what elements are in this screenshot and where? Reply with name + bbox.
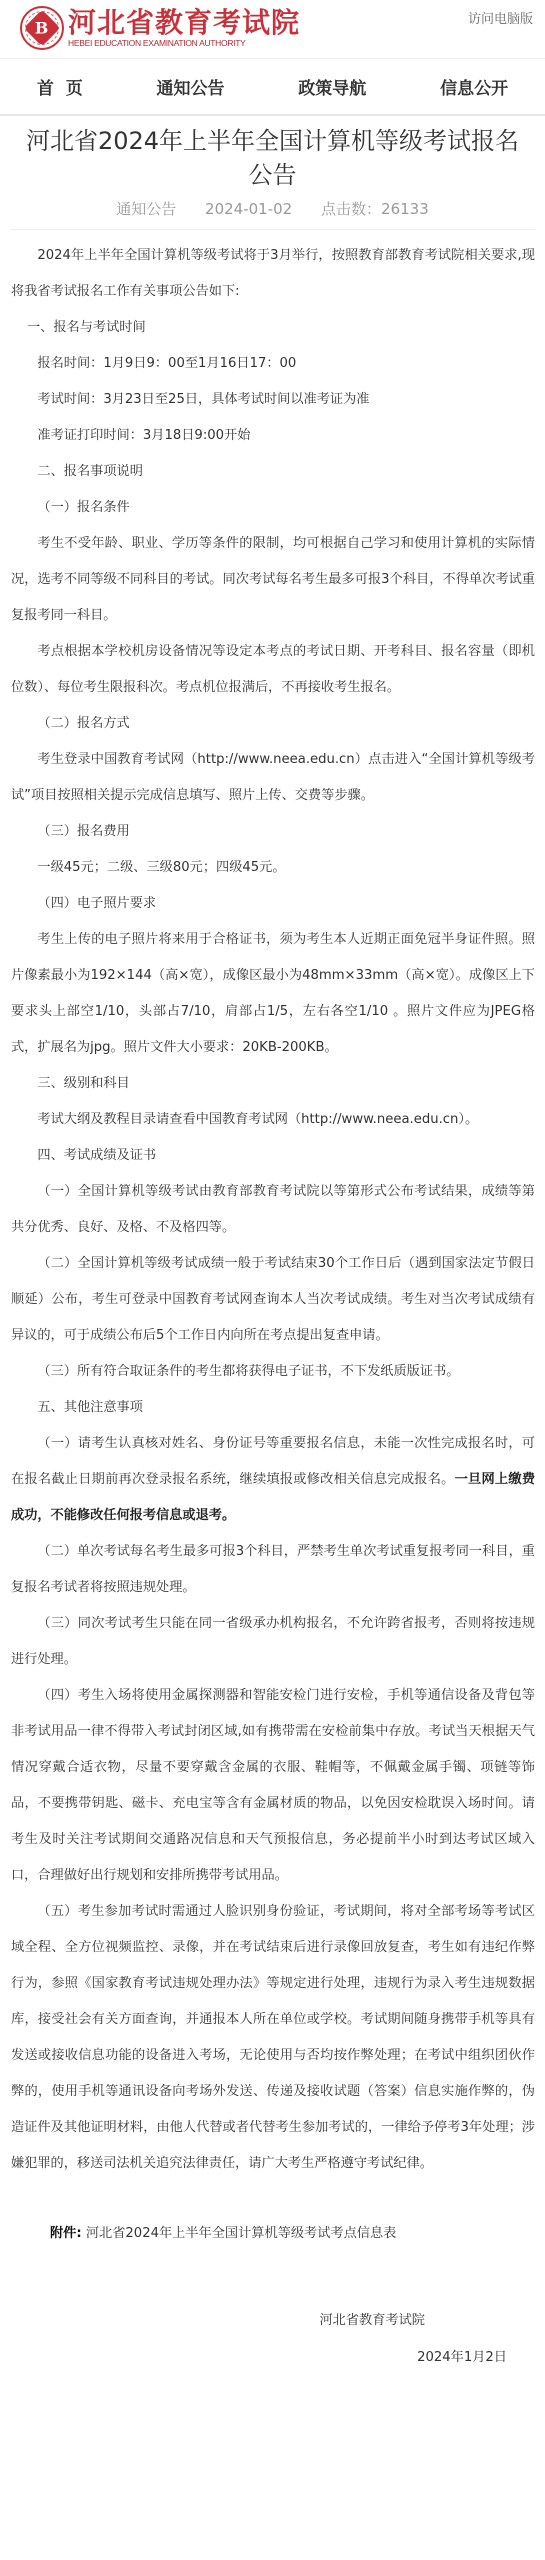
- article-clicks: 点击数：26133: [321, 200, 429, 218]
- site-header: B 河北省教育考试院 HEBEI EDUCATION EXAMINATION A…: [0, 0, 545, 58]
- paragraph: （三）同次考试考生只能在同一省级承办机构报名，不允许跨省报考，否则将按违规进行处…: [11, 1606, 535, 1678]
- attachment-link[interactable]: 河北省2024年上半年全国计算机等级考试考点信息表: [86, 2226, 397, 2241]
- nav-item-home[interactable]: 首 页: [31, 74, 89, 99]
- signature-date: 2024年1月2日: [0, 2346, 545, 2395]
- paragraph: （一）全国计算机等级考试由教育部教育考试院以等第形式公布考试结果，成绩等第共分优…: [11, 1174, 535, 1246]
- article-date: 2024-01-02: [205, 200, 292, 218]
- section-heading: 一、报名与考试时间: [11, 310, 535, 346]
- photo-requirements: 考生上传的电子照片将来用于合格证书，须为考生本人近期正面免冠半身证件照。照片像素…: [11, 922, 535, 1066]
- paragraph: （五）考生参加考试时需通过人脸识别身份验证，考试期间，将对全部考场等考试区域全程…: [11, 1894, 535, 2182]
- article-category: 通知公告: [116, 200, 176, 218]
- admission-print-time: 准考证打印时间：3月18日9:00开始: [11, 418, 535, 454]
- paragraph: 考试大纲及教程目录请查看中国教育考试网（http://www.neea.edu.…: [11, 1102, 535, 1138]
- logo-title: 河北省教育考试院: [68, 8, 300, 38]
- paragraph: （三）所有符合取证条件的考生都将获得电子证书，不下发纸质版证书。: [11, 1354, 535, 1390]
- article-meta: 通知公告 2024-01-02 点击数：26133: [10, 198, 535, 230]
- article-title: 河北省2024年上半年全国计算机等级考试报名公告: [0, 116, 545, 192]
- intro-paragraph: 2024年上半年全国计算机等级考试将于3月举行，按照教育部教育考试院相关要求,现…: [11, 238, 535, 310]
- paragraph: （二）全国计算机等级考试成绩一般于考试结束30个工作日后（遇到国家法定节假日顺延…: [11, 1246, 535, 1354]
- signature: 河北省教育考试院: [0, 2309, 545, 2328]
- attachment: 附件: 河北省2024年上半年全国计算机等级考试考点信息表: [0, 2222, 545, 2241]
- subsection-heading: （四）电子照片要求: [11, 886, 535, 922]
- nav-item-info-disclosure[interactable]: 信息公开: [434, 74, 514, 99]
- main-nav: 首 页 通知公告 政策导航 信息公开: [0, 58, 545, 116]
- section-heading: 五、其他注意事项: [11, 1390, 535, 1426]
- paragraph: 考生不受年龄、职业、学历等条件的限制，均可根据自己学习和使用计算机的实际情况，选…: [11, 526, 535, 634]
- article-body: 2024年上半年全国计算机等级考试将于3月举行，按照教育部教育考试院相关要求,现…: [0, 230, 545, 2182]
- section-heading: 三、级别和科目: [11, 1066, 535, 1102]
- section-heading: 四、考试成绩及证书: [11, 1138, 535, 1174]
- paragraph: （二）单次考试每名考生最多可报3个科目，严禁考生单次考试重复报考同一科目，重复报…: [11, 1534, 535, 1606]
- fees-paragraph: 一级45元；二级、三级80元；四级45元。: [11, 850, 535, 886]
- subsection-heading: （一）报名条件: [11, 490, 535, 526]
- section-heading: 二、报名事项说明: [11, 454, 535, 490]
- registration-time: 报名时间：1月9日9：00至1月16日17：00: [11, 346, 535, 382]
- clicks-count: 26133: [381, 200, 429, 218]
- paragraph: （一）请考生认真核对姓名、身份证号等重要报名信息，未能一次性完成报名时，可在报名…: [11, 1426, 535, 1534]
- attachment-label: 附件:: [50, 2226, 82, 2241]
- desktop-version-link[interactable]: 访问电脑版: [468, 8, 533, 27]
- paragraph: 考生登录中国教育考试网（http://www.neea.edu.cn）点击进入“…: [11, 742, 535, 814]
- subsection-heading: （二）报名方式: [11, 706, 535, 742]
- exam-time: 考试时间：3月23日至25日，具体考试时间以准考证为准: [11, 382, 535, 418]
- site-logo[interactable]: B 河北省教育考试院 HEBEI EDUCATION EXAMINATION A…: [20, 6, 300, 50]
- nav-item-notices[interactable]: 通知公告: [151, 74, 231, 99]
- paragraph: 考点根据本学校机房设备情况等设定本考点的考试日期、开考科目、报名容量（即机位数）…: [11, 634, 535, 706]
- emblem-icon: B: [20, 6, 64, 50]
- clicks-label: 点击数：: [321, 200, 381, 218]
- emblem-mark: B: [35, 19, 49, 38]
- logo-subtitle: HEBEI EDUCATION EXAMINATION AUTHORITY: [68, 38, 300, 48]
- nav-item-policy[interactable]: 政策导航: [292, 74, 372, 99]
- paragraph: （四）考生入场将使用金属探测器和智能安检门进行安检，手机等通信设备及背包等非考试…: [11, 1678, 535, 1894]
- subsection-heading: （三）报名费用: [11, 814, 535, 850]
